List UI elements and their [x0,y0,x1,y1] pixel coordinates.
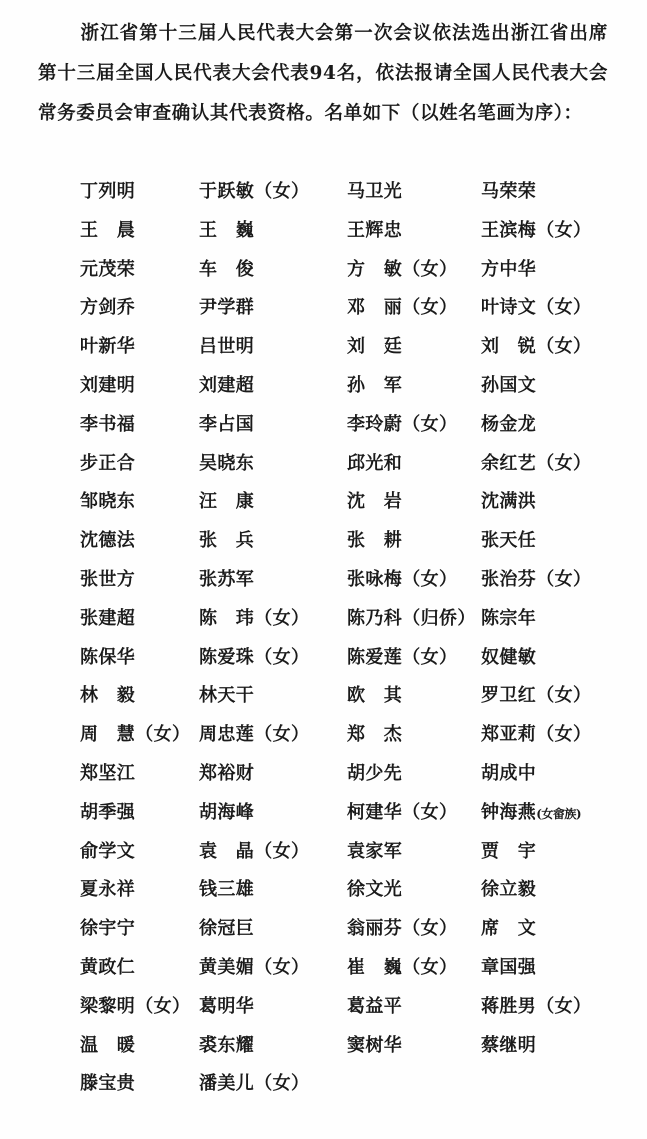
delegate-name-entry: 胡季强 [80,794,199,833]
delegate-name-entry: 于跃敏（女） [199,173,347,212]
delegate-name: 葛明华 [199,996,254,1017]
delegate-note: （女） [536,453,591,474]
delegate-name: 于跃敏 [199,181,254,202]
delegate-name-entry: 郑裕财 [199,755,347,794]
delegate-name-entry: 汪 康 [199,483,347,522]
delegate-name: 俞学文 [80,841,135,862]
delegate-note: （女） [402,802,457,823]
delegate-name-entry: 袁家军 [347,833,481,872]
delegate-name-entry: 滕宝贵 [80,1065,199,1104]
delegate-name-entry: 徐文光 [347,871,481,910]
delegate-name: 丁列明 [80,181,135,202]
delegate-name: 邱光和 [347,453,402,474]
delegate-name-entry: 林 毅 [80,677,199,716]
delegate-name: 刘建超 [199,375,254,396]
delegate-name: 潘美儿 [199,1073,254,1094]
delegate-name: 蔡继明 [481,1035,536,1056]
delegate-note: （女） [254,647,309,668]
delegate-name: 张治芬 [481,569,536,590]
delegate-name-entry: 邹晓东 [80,483,199,522]
delegate-name-entry: 张建超 [80,600,199,639]
delegate-name: 张 兵 [199,530,254,551]
delegate-name-entry: 方中华 [481,251,640,290]
delegate-name: 陈宗年 [481,608,536,629]
delegate-name-entry: 郑亚莉（女） [481,716,640,755]
delegate-name-entry: 杨金龙 [481,406,640,445]
delegate-name: 陈乃科 [347,608,402,629]
delegate-name-entry: 潘美儿（女） [199,1065,347,1104]
delegate-name: 邹晓东 [80,491,135,512]
delegate-name: 张咏梅 [347,569,402,590]
delegate-note: （女） [402,297,457,318]
delegate-name: 孙 军 [347,375,402,396]
delegate-name-entry: 郑坚江 [80,755,199,794]
delegate-name: 张世方 [80,569,135,590]
delegate-name-entry: 方 敏（女） [347,251,481,290]
delegate-name: 胡季强 [80,802,135,823]
delegate-name: 郑坚江 [80,763,135,784]
delegate-name: 刘建明 [80,375,135,396]
delegate-name-entry: 步正合 [80,445,199,484]
delegate-name-entry: 孙国文 [481,367,640,406]
delegate-name: 章国强 [481,957,536,978]
delegate-name: 翁丽芬 [347,918,402,939]
delegate-note: （归侨） [402,608,476,629]
delegate-name-entry: 席 文 [481,910,640,949]
delegate-name-entry: 张 耕 [347,522,481,561]
delegate-name: 罗卫红 [481,685,536,706]
delegate-name-entry: 张苏军 [199,561,347,600]
delegate-name-entry: 马卫光 [347,173,481,212]
delegate-name-entry: 余红艺（女） [481,445,640,484]
delegate-name: 杨金龙 [481,414,536,435]
delegate-name: 郑亚莉 [481,724,536,745]
delegate-name: 王辉忠 [347,220,402,241]
delegate-name-entry: 徐冠巨 [199,910,347,949]
delegate-note: （女） [536,336,591,357]
document-page: 浙江省第十三届人民代表大会第一次会议依法选出浙江省出席第十三届全国人民代表大会代… [0,0,647,1139]
delegate-name-entry: 崔 巍（女） [347,949,481,988]
delegate-name-entry: 马荣荣 [481,173,640,212]
delegate-note: （女） [536,685,591,706]
delegate-note: （女） [536,569,591,590]
delegate-name: 步正合 [80,453,135,474]
delegate-name: 李书福 [80,414,135,435]
delegate-name: 周 慧 [80,724,135,745]
delegate-name-entry: 叶诗文（女） [481,289,640,328]
delegate-name-entry: 吴晓东 [199,445,347,484]
delegate-name: 周忠莲 [199,724,254,745]
delegate-name: 梁黎明 [80,996,135,1017]
delegate-name-entry: 邱光和 [347,445,481,484]
delegate-name: 汪 康 [199,491,254,512]
delegate-name-entry: 陈爱珠（女） [199,639,347,678]
delegate-name-entry: 陈爱莲（女） [347,639,481,678]
delegate-name: 柯建华 [347,802,402,823]
delegate-name-entry: 欧 其 [347,677,481,716]
delegate-name: 李占国 [199,414,254,435]
delegate-name-entry: 黄美媚（女） [199,949,347,988]
delegate-name-entry: 胡成中 [481,755,640,794]
delegate-name: 陈爱莲 [347,647,402,668]
delegate-name: 陈爱珠 [199,647,254,668]
intro-paragraph: 浙江省第十三届人民代表大会第一次会议依法选出浙江省出席第十三届全国人民代表大会代… [38,14,608,134]
delegate-name-entry: 叶新华 [80,328,199,367]
delegate-name-entry: 张治芬（女） [481,561,640,600]
delegate-name: 林 毅 [80,685,135,706]
delegate-name: 胡海峰 [199,802,254,823]
delegate-note: （女） [536,220,591,241]
delegate-name-entry: 俞学文 [80,833,199,872]
delegate-name-entry: 徐立毅 [481,871,640,910]
delegate-name: 方剑乔 [80,297,135,318]
delegate-name-entry: 胡少先 [347,755,481,794]
delegate-name: 徐宇宁 [80,918,135,939]
delegate-name: 沈德法 [80,530,135,551]
delegate-name-entry: 王滨梅（女） [481,212,640,251]
delegate-name-entry: 裘东耀 [199,1027,347,1066]
delegate-name: 欧 其 [347,685,402,706]
delegate-name: 尹学群 [199,297,254,318]
delegate-name: 马荣荣 [481,181,536,202]
delegate-name-entry: 蒋胜男（女） [481,988,640,1027]
delegate-name-entry: 李书福 [80,406,199,445]
delegate-name-entry: 尹学群 [199,289,347,328]
delegate-name: 钱三雄 [199,879,254,900]
delegate-name-entry: 罗卫红（女） [481,677,640,716]
delegate-name-entry: 张世方 [80,561,199,600]
delegate-name: 徐冠巨 [199,918,254,939]
delegate-name-entry: 郑 杰 [347,716,481,755]
delegate-name-entry: 刘 廷 [347,328,481,367]
delegate-name: 王 晨 [80,220,135,241]
delegate-name-entry: 李占国 [199,406,347,445]
delegate-name: 郑 杰 [347,724,402,745]
delegate-name-entry: 窦树华 [347,1027,481,1066]
delegate-note: （女） [254,957,309,978]
delegate-name-entry: 陈乃科（归侨） [347,600,481,639]
delegate-name: 李玲蔚 [347,414,402,435]
delegate-name-entry: 夏永祥 [80,871,199,910]
delegate-name: 钟海燕 [481,802,536,823]
delegate-name-entry: 王 晨 [80,212,199,251]
delegate-name-entry: 周忠莲（女） [199,716,347,755]
delegate-note: （女） [402,259,457,280]
delegate-name-list: 丁列明于跃敏（女）马卫光马荣荣王 晨王 巍王辉忠王滨梅（女）元茂荣车 俊方 敏（… [80,173,640,1104]
delegate-name: 奴健敏 [481,647,536,668]
delegate-name-entry: 翁丽芬（女） [347,910,481,949]
delegate-name: 吕世明 [199,336,254,357]
delegate-name-entry: 梁黎明（女） [80,988,199,1027]
delegate-name: 张天任 [481,530,536,551]
delegate-name: 元茂荣 [80,259,135,280]
delegate-name-entry: 李玲蔚（女） [347,406,481,445]
delegate-name: 吴晓东 [199,453,254,474]
delegate-name: 王滨梅 [481,220,536,241]
delegate-name: 袁 晶 [199,841,254,862]
delegate-note: （女） [536,724,591,745]
delegate-name-entry: 方剑乔 [80,289,199,328]
delegate-name: 张 耕 [347,530,402,551]
delegate-name: 林天干 [199,685,254,706]
delegate-name-entry: 刘建超 [199,367,347,406]
delegate-name: 崔 巍 [347,957,402,978]
delegate-note: （女） [402,647,457,668]
delegate-name: 窦树华 [347,1035,402,1056]
delegate-name: 车 俊 [199,259,254,280]
delegate-name: 沈满洪 [481,491,536,512]
delegate-name: 沈 岩 [347,491,402,512]
delegate-note: （女） [402,918,457,939]
delegate-note: （女） [254,608,309,629]
delegate-name-entry: 王 巍 [199,212,347,251]
delegate-name: 郑裕财 [199,763,254,784]
delegate-name: 胡少先 [347,763,402,784]
delegate-name: 方 敏 [347,259,402,280]
delegate-name-entry: 沈德法 [80,522,199,561]
delegate-name-entry: 刘 锐（女） [481,328,640,367]
delegate-name: 徐文光 [347,879,402,900]
delegate-name-entry: 张咏梅（女） [347,561,481,600]
delegate-name-entry: 沈 岩 [347,483,481,522]
delegate-name-entry: 温 暖 [80,1027,199,1066]
delegate-name: 陈 玮 [199,608,254,629]
delegate-note: （女） [402,414,457,435]
delegate-name-entry: 周 慧（女） [80,716,199,755]
delegate-name-entry: 贾 宇 [481,833,640,872]
delegate-name: 袁家军 [347,841,402,862]
delegate-name: 刘 锐 [481,336,536,357]
delegate-name: 余红艺 [481,453,536,474]
delegate-name-entry: 陈 玮（女） [199,600,347,639]
delegate-name-entry: 钱三雄 [199,871,347,910]
intro-text: 浙江省第十三届人民代表大会第一次会议依法选出浙江省出席第十三届全国人民代表大会代… [38,14,608,134]
delegate-name: 邓 丽 [347,297,402,318]
delegate-note: （女） [254,724,309,745]
delegate-note: （女） [536,996,591,1017]
delegate-name-entry: 葛明华 [199,988,347,1027]
delegate-note: （女） [402,957,457,978]
delegate-name: 孙国文 [481,375,536,396]
delegate-name: 夏永祥 [80,879,135,900]
delegate-name-entry: 柯建华（女） [347,794,481,833]
delegate-name: 蒋胜男 [481,996,536,1017]
delegate-name-entry: 胡海峰 [199,794,347,833]
delegate-name-entry: 袁 晶（女） [199,833,347,872]
delegate-name: 方中华 [481,259,536,280]
delegate-name: 贾 宇 [481,841,536,862]
delegate-name: 王 巍 [199,220,254,241]
delegate-name: 黄政仁 [80,957,135,978]
delegate-name-entry: 钟海燕(女畲族) [481,794,640,833]
delegate-note: （女） [254,841,309,862]
delegate-name-entry: 刘建明 [80,367,199,406]
delegate-note: (女畲族) [536,807,581,821]
delegate-name-entry: 丁列明 [80,173,199,212]
delegate-name-entry: 徐宇宁 [80,910,199,949]
delegate-name-entry: 葛益平 [347,988,481,1027]
delegate-name-entry: 车 俊 [199,251,347,290]
delegate-note: （女） [135,996,190,1017]
delegate-name: 胡成中 [481,763,536,784]
delegate-note: （女） [536,297,591,318]
delegate-name-entry: 张天任 [481,522,640,561]
delegate-name-entry: 章国强 [481,949,640,988]
delegate-name: 滕宝贵 [80,1073,135,1094]
delegate-name-entry: 邓 丽（女） [347,289,481,328]
delegate-name: 张苏军 [199,569,254,590]
delegate-name-entry: 张 兵 [199,522,347,561]
delegate-name-entry: 林天干 [199,677,347,716]
delegate-name: 马卫光 [347,181,402,202]
delegate-name: 徐立毅 [481,879,536,900]
delegate-name-entry: 黄政仁 [80,949,199,988]
delegate-note: （女） [254,1073,309,1094]
delegate-name-entry: 吕世明 [199,328,347,367]
delegate-note: （女） [254,181,309,202]
delegate-name: 张建超 [80,608,135,629]
delegate-name: 刘 廷 [347,336,402,357]
delegate-name: 叶诗文 [481,297,536,318]
delegate-name-entry: 陈保华 [80,639,199,678]
delegate-name: 席 文 [481,918,536,939]
delegate-name-entry: 沈满洪 [481,483,640,522]
delegate-name: 陈保华 [80,647,135,668]
delegate-name: 黄美媚 [199,957,254,978]
delegate-name: 温 暖 [80,1035,135,1056]
delegate-name-entry: 蔡继明 [481,1027,640,1066]
delegate-note: （女） [402,569,457,590]
delegate-name-entry: 陈宗年 [481,600,640,639]
delegate-name-entry: 王辉忠 [347,212,481,251]
delegate-name-entry: 孙 军 [347,367,481,406]
delegate-note: （女） [135,724,190,745]
delegate-name: 叶新华 [80,336,135,357]
delegate-name-entry: 奴健敏 [481,639,640,678]
delegate-name-entry: 元茂荣 [80,251,199,290]
delegate-name: 葛益平 [347,996,402,1017]
delegate-name: 裘东耀 [199,1035,254,1056]
